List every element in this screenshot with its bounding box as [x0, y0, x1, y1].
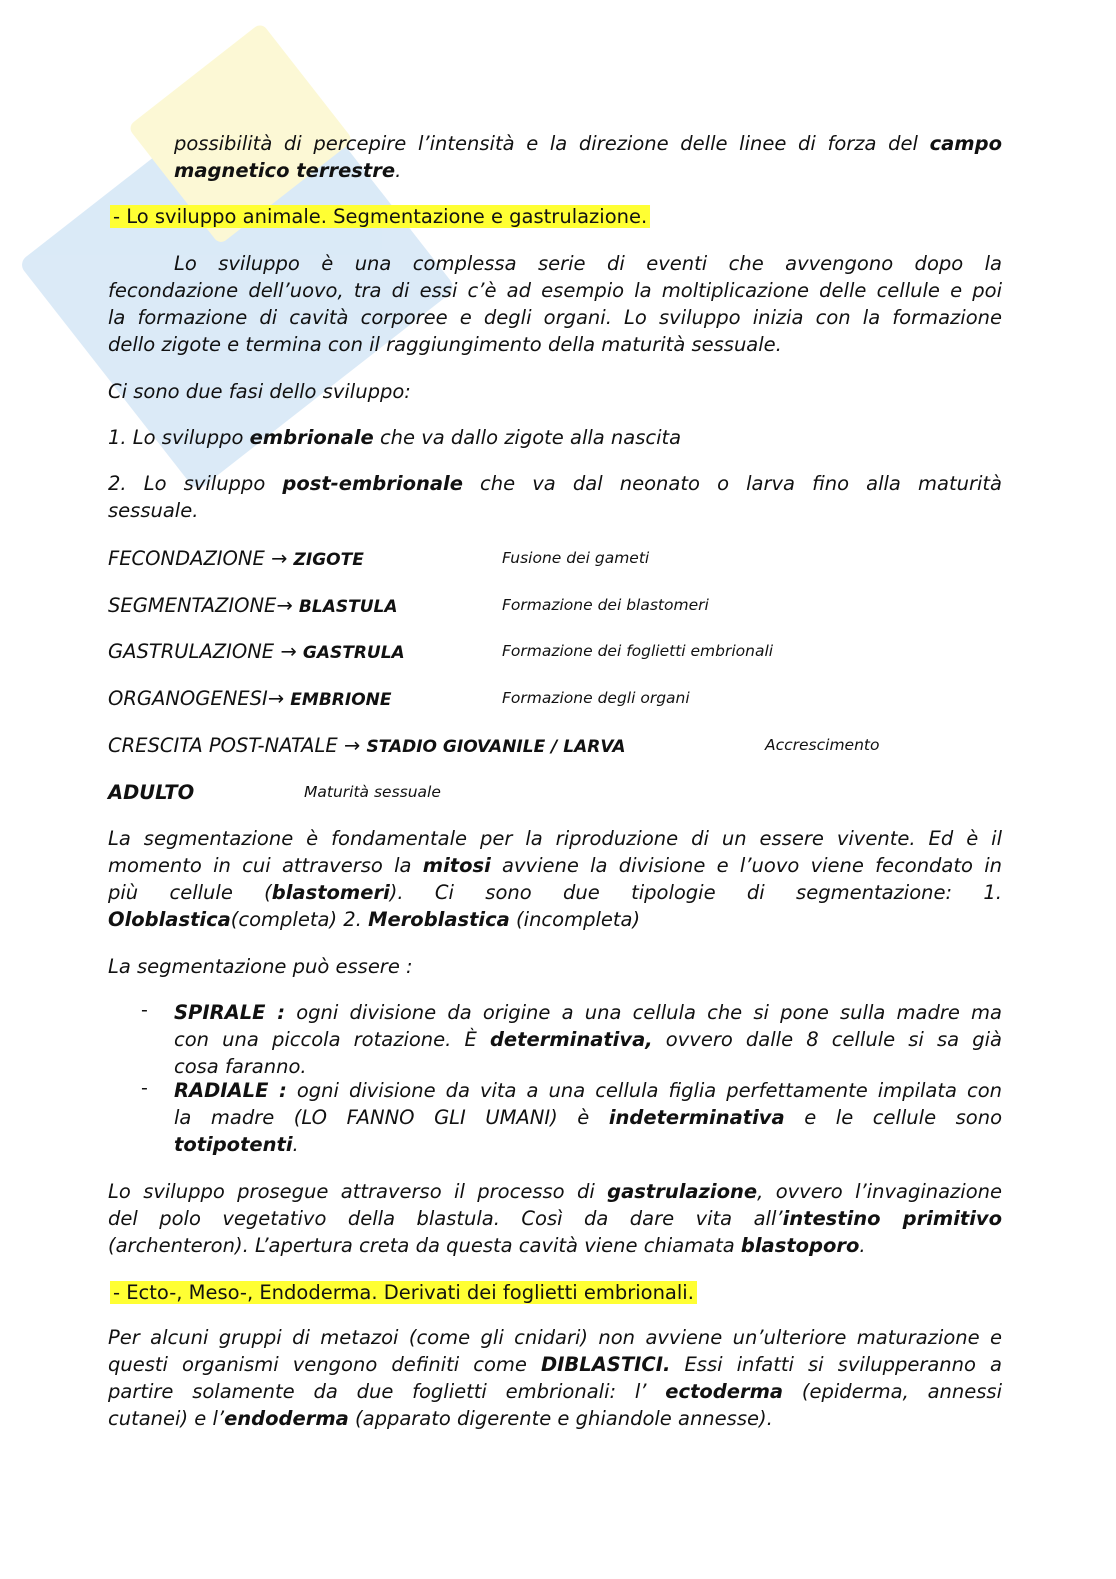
stage-row: ORGANOGENESI→ EMBRIONE: [108, 685, 392, 715]
stage-result: GASTRULA: [303, 643, 405, 663]
radiale-line-1: RADIALE : ogni divisione da vita a una c…: [174, 1077, 1002, 1105]
stage-process: GASTRULAZIONE →: [108, 640, 303, 663]
continuation-line-1: possibilità di percepire l’intensità e l…: [174, 130, 1002, 158]
stage-result: STADIO GIOVANILE / LARVA: [366, 737, 625, 757]
spirale-line-1: SPIRALE : ogni divisione da origine a un…: [174, 999, 1002, 1027]
bullet-dash: -: [141, 999, 148, 1021]
stage-result: ADULTO: [108, 781, 194, 804]
diblastic-paragraph-line-1: Per alcuni gruppi di metazoi (come gli c…: [108, 1324, 1002, 1352]
stage-description: Fusione dei gameti: [502, 549, 649, 567]
stage-description: Formazione degli organi: [502, 689, 690, 707]
stage-row: CRESCITA POST-NATALE → STADIO GIOVANILE …: [108, 732, 626, 762]
diblastic-paragraph-line-2: questi organismi vengono definiti come D…: [108, 1351, 1002, 1379]
stage-process: FECONDAZIONE →: [108, 547, 294, 570]
radiale-line-2: la madre (LO FANNO GLI UMANI) è indeterm…: [174, 1104, 1002, 1132]
diblastic-paragraph-line-3: partire solamente da due foglietti embri…: [108, 1378, 1002, 1406]
section-heading-development: - Lo sviluppo animale. Segmentazione e g…: [110, 204, 650, 230]
spirale-line-2: con una piccola rotazione. È determinati…: [174, 1026, 1002, 1054]
gastrulation-paragraph-line-1: Lo sviluppo prosegue attraverso il proce…: [108, 1178, 1002, 1206]
stage-result: ZIGOTE: [294, 550, 364, 570]
gastrulation-paragraph-line-3: (archenteron). L’apertura creta da quest…: [108, 1232, 866, 1260]
stage-row: ADULTO: [108, 779, 194, 807]
segmentation-types-intro: La segmentazione può essere :: [108, 953, 413, 981]
stage-row: GASTRULAZIONE → GASTRULA: [108, 638, 405, 668]
stage-description: Accrescimento: [765, 736, 879, 754]
segmentation-paragraph-line-1: La segmentazione è fondamentale per la r…: [108, 825, 1002, 853]
stage-process: ORGANOGENESI→: [108, 687, 290, 710]
intro-paragraph-line-4: dello zigote e termina con il raggiungim…: [108, 331, 782, 359]
stage-process: SEGMENTAZIONE→: [108, 594, 299, 617]
phase-item-post-embrionale: 2. Lo sviluppo post-embrionale che va da…: [108, 470, 1002, 498]
stage-description: Formazione dei blastomeri: [502, 596, 709, 614]
intro-paragraph-line-2: fecondazione dell’uovo, tra di essi c’è …: [108, 277, 1002, 305]
phases-intro: Ci sono due fasi dello sviluppo:: [108, 378, 411, 406]
gastrulation-paragraph-line-2: del polo vegetativo della blastula. Così…: [108, 1205, 1002, 1233]
continuation-line-2: magnetico terrestre.: [174, 157, 401, 185]
stage-description: Formazione dei foglietti embrionali: [502, 642, 773, 660]
radiale-line-3: totipotenti.: [174, 1131, 299, 1159]
intro-paragraph-line-3: la formazione di cavità corporee e degli…: [108, 304, 1002, 332]
stage-result: EMBRIONE: [290, 690, 391, 710]
segmentation-paragraph-line-4: Oloblastica(completa) 2. Meroblastica (i…: [108, 906, 640, 934]
phase-item-embrionale: 1. Lo sviluppo embrionale che va dallo z…: [108, 424, 681, 452]
bullet-dash: -: [141, 1077, 148, 1099]
stage-row: SEGMENTAZIONE→ BLASTULA: [108, 592, 398, 622]
phase-item-post-embrionale-line-2: sessuale.: [108, 497, 198, 525]
stage-row: FECONDAZIONE → ZIGOTE: [108, 545, 364, 575]
segmentation-paragraph-line-2: momento in cui attraverso la mitosi avvi…: [108, 852, 1002, 880]
intro-paragraph-line-1: Lo sviluppo è una complessa serie di eve…: [174, 250, 1002, 278]
diblastic-paragraph-line-4: cutanei) e l’endoderma (apparato digeren…: [108, 1405, 773, 1433]
section-heading-germ-layers: - Ecto-, Meso-, Endoderma. Derivati dei …: [110, 1280, 697, 1306]
stage-process: CRESCITA POST-NATALE →: [108, 734, 366, 757]
stage-result: BLASTULA: [299, 597, 398, 617]
stage-description: Maturità sessuale: [304, 783, 441, 801]
document-page: possibilità di percepire l’intensità e l…: [0, 0, 1116, 1579]
segmentation-paragraph-line-3: più cellule (blastomeri). Ci sono due ti…: [108, 879, 1002, 907]
